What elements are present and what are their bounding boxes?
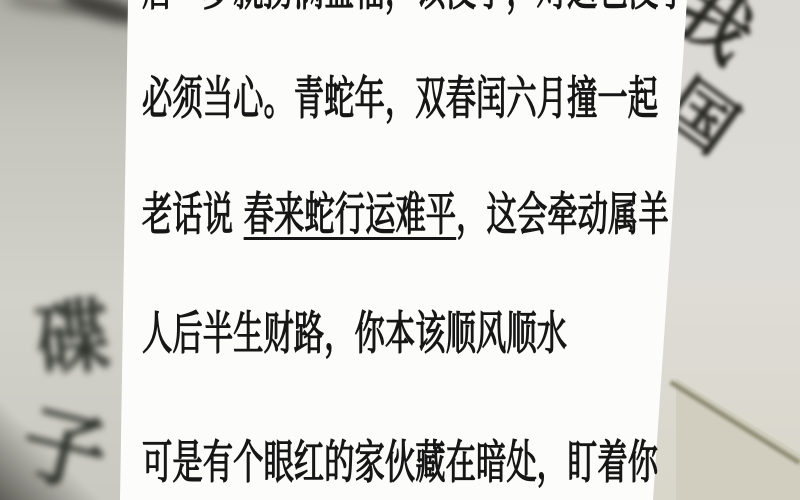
- underlined-phrase: 春来蛇行运难平: [244, 187, 457, 241]
- text-line-4: 人后半生财路，你本该顺风顺水: [142, 310, 567, 356]
- printed-text-block: 后一步就捞满盆福，该没了，对这也没了 必须当心。青蛇年，双春闰六月撞一起 老话说…: [0, 0, 800, 500]
- text-line-5-clipped: 可是有个眼红的家伙藏在暗处，盯着你: [142, 439, 658, 485]
- photo-of-text-page: 碟 子 我 国 后一步就捞满盆福，该没了，对这也没了 必须当心。青蛇年，双春闰六…: [0, 0, 800, 500]
- text-line-3-suffix: ，这会牵动属羊: [456, 187, 669, 241]
- text-line-3: 老话说 春来蛇行运难平，这会牵动属羊: [142, 191, 669, 237]
- text-line-3-prefix: 老话说: [142, 187, 244, 241]
- text-line-1-clipped: 后一步就捞满盆福，该没了，对这也没了: [142, 0, 688, 12]
- text-line-2: 必须当心。青蛇年，双春闰六月撞一起: [142, 75, 658, 121]
